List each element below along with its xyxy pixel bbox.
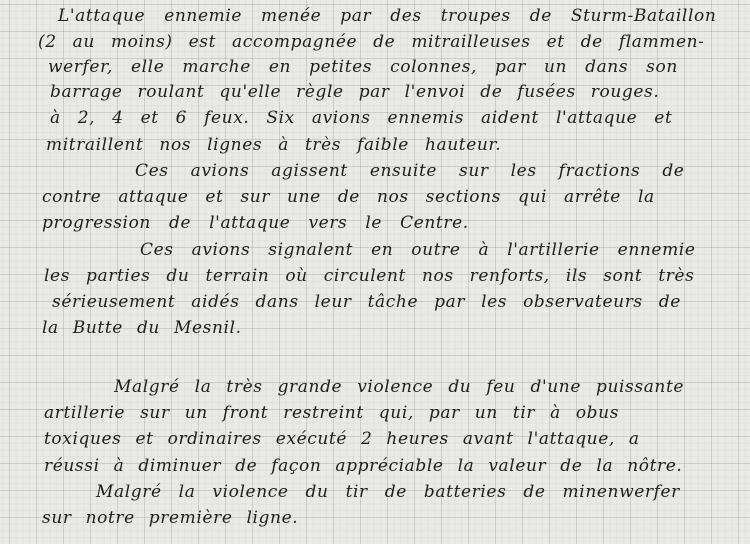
text-line: barrage roulant qu'elle règle par l'envo… bbox=[50, 80, 659, 104]
text-line: mitraillent nos lignes à très faible hau… bbox=[46, 133, 501, 157]
text-line: toxiques et ordinaires exécuté 2 heures … bbox=[44, 427, 640, 451]
text-line: Ces avions agissent ensuite sur les frac… bbox=[135, 159, 684, 183]
text-line: sérieusement aidés dans leur tâche par l… bbox=[52, 290, 681, 314]
text-line: la Butte du Mesnil. bbox=[42, 316, 242, 340]
text-line: sur notre première ligne. bbox=[42, 506, 298, 530]
text-line: les parties du terrain où circulent nos … bbox=[44, 264, 695, 288]
text-line: Malgré la violence du tir de batteries d… bbox=[96, 480, 680, 504]
text-line: (2 au moins) est accompagnée de mitraill… bbox=[38, 30, 705, 54]
text-line: progression de l'attaque vers le Centre. bbox=[42, 211, 469, 235]
handwritten-page: L'attaque ennemie menée par des troupes … bbox=[0, 0, 750, 544]
text-line: artillerie sur un front restreint qui, p… bbox=[44, 401, 619, 425]
text-line: Ces avions signalent en outre à l'artill… bbox=[140, 238, 696, 262]
text-line: werfer, elle marche en petites colonnes,… bbox=[48, 55, 678, 79]
text-line: L'attaque ennemie menée par des troupes … bbox=[58, 4, 716, 28]
text-line: contre attaque et sur une de nos section… bbox=[42, 185, 655, 209]
text-line: réussi à diminuer de façon appréciable l… bbox=[44, 454, 682, 478]
text-line: Malgré la très grande violence du feu d'… bbox=[114, 375, 684, 399]
text-line: à 2, 4 et 6 feux. Six avions ennemis aid… bbox=[50, 106, 672, 130]
